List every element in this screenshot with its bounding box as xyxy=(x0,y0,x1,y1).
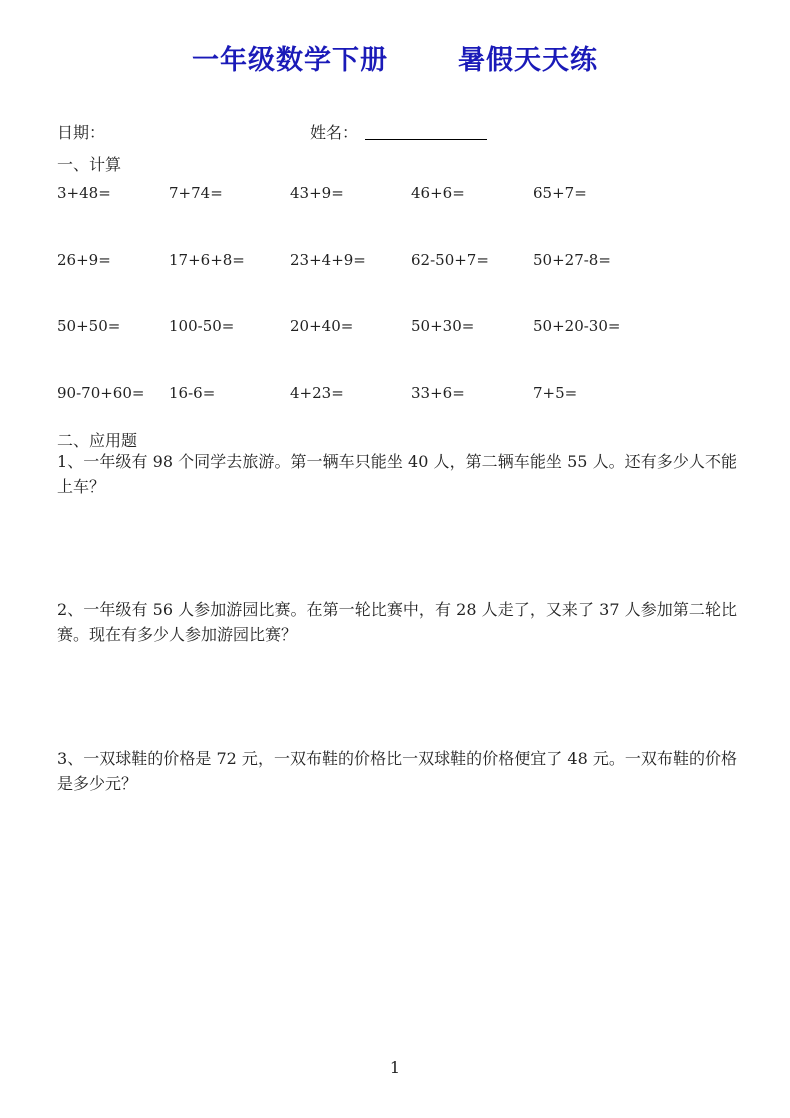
calc-item: 7+74= xyxy=(169,184,223,202)
title-grade-book: 一年级数学下册 xyxy=(192,45,388,76)
calc-item: 62-50+7= xyxy=(411,251,489,269)
calc-item: 7+5= xyxy=(533,384,577,402)
calc-item: 50+30= xyxy=(411,317,474,335)
page-number: 1 xyxy=(0,1058,790,1077)
calc-item: 26+9= xyxy=(57,251,111,269)
calc-item: 20+40= xyxy=(290,317,353,335)
calc-row-2: 26+9= 17+6+8= 23+4+9= 62-50+7= 50+27-8= xyxy=(57,251,757,271)
title-summer-practice: 暑假天天练 xyxy=(458,45,598,76)
calc-item: 90-70+60= xyxy=(57,384,144,402)
word-problem-3: 3、一双球鞋的价格是 72 元，一双布鞋的价格比一双球鞋的价格便宜了 48 元。… xyxy=(57,746,737,796)
calc-item: 33+6= xyxy=(411,384,465,402)
calc-item: 65+7= xyxy=(533,184,587,202)
calc-item: 3+48= xyxy=(57,184,111,202)
calc-row-4: 90-70+60= 16-6= 4+23= 33+6= 7+5= xyxy=(57,384,757,404)
word-problem-1: 1、一年级有 98 个同学去旅游。第一辆车只能坐 40 人，第二辆车能坐 55 … xyxy=(57,449,737,499)
calc-item: 50+20-30= xyxy=(533,317,620,335)
word-problem-2: 2、一年级有 56 人参加游园比赛。在第一轮比赛中，有 28 人走了，又来了 3… xyxy=(57,597,737,647)
calc-item: 46+6= xyxy=(411,184,465,202)
calc-row-1: 3+48= 7+74= 43+9= 46+6= 65+7= xyxy=(57,184,757,204)
calc-item: 17+6+8= xyxy=(169,251,245,269)
name-blank-line xyxy=(365,139,487,140)
calc-item: 100-50= xyxy=(169,317,234,335)
date-label: 日期： xyxy=(57,120,105,143)
calc-item: 4+23= xyxy=(290,384,344,402)
calc-item: 50+50= xyxy=(57,317,120,335)
calc-item: 43+9= xyxy=(290,184,344,202)
calc-item: 50+27-8= xyxy=(533,251,611,269)
calc-row-3: 50+50= 100-50= 20+40= 50+30= 50+20-30= xyxy=(57,317,757,337)
calc-item: 16-6= xyxy=(169,384,215,402)
section-word-problems-heading: 二、应用题 xyxy=(57,428,137,451)
section-calculation-heading: 一、计算 xyxy=(57,152,121,175)
name-label: 姓名： xyxy=(310,120,358,143)
calc-item: 23+4+9= xyxy=(290,251,366,269)
page-title: 一年级数学下册暑假天天练 xyxy=(0,38,790,77)
